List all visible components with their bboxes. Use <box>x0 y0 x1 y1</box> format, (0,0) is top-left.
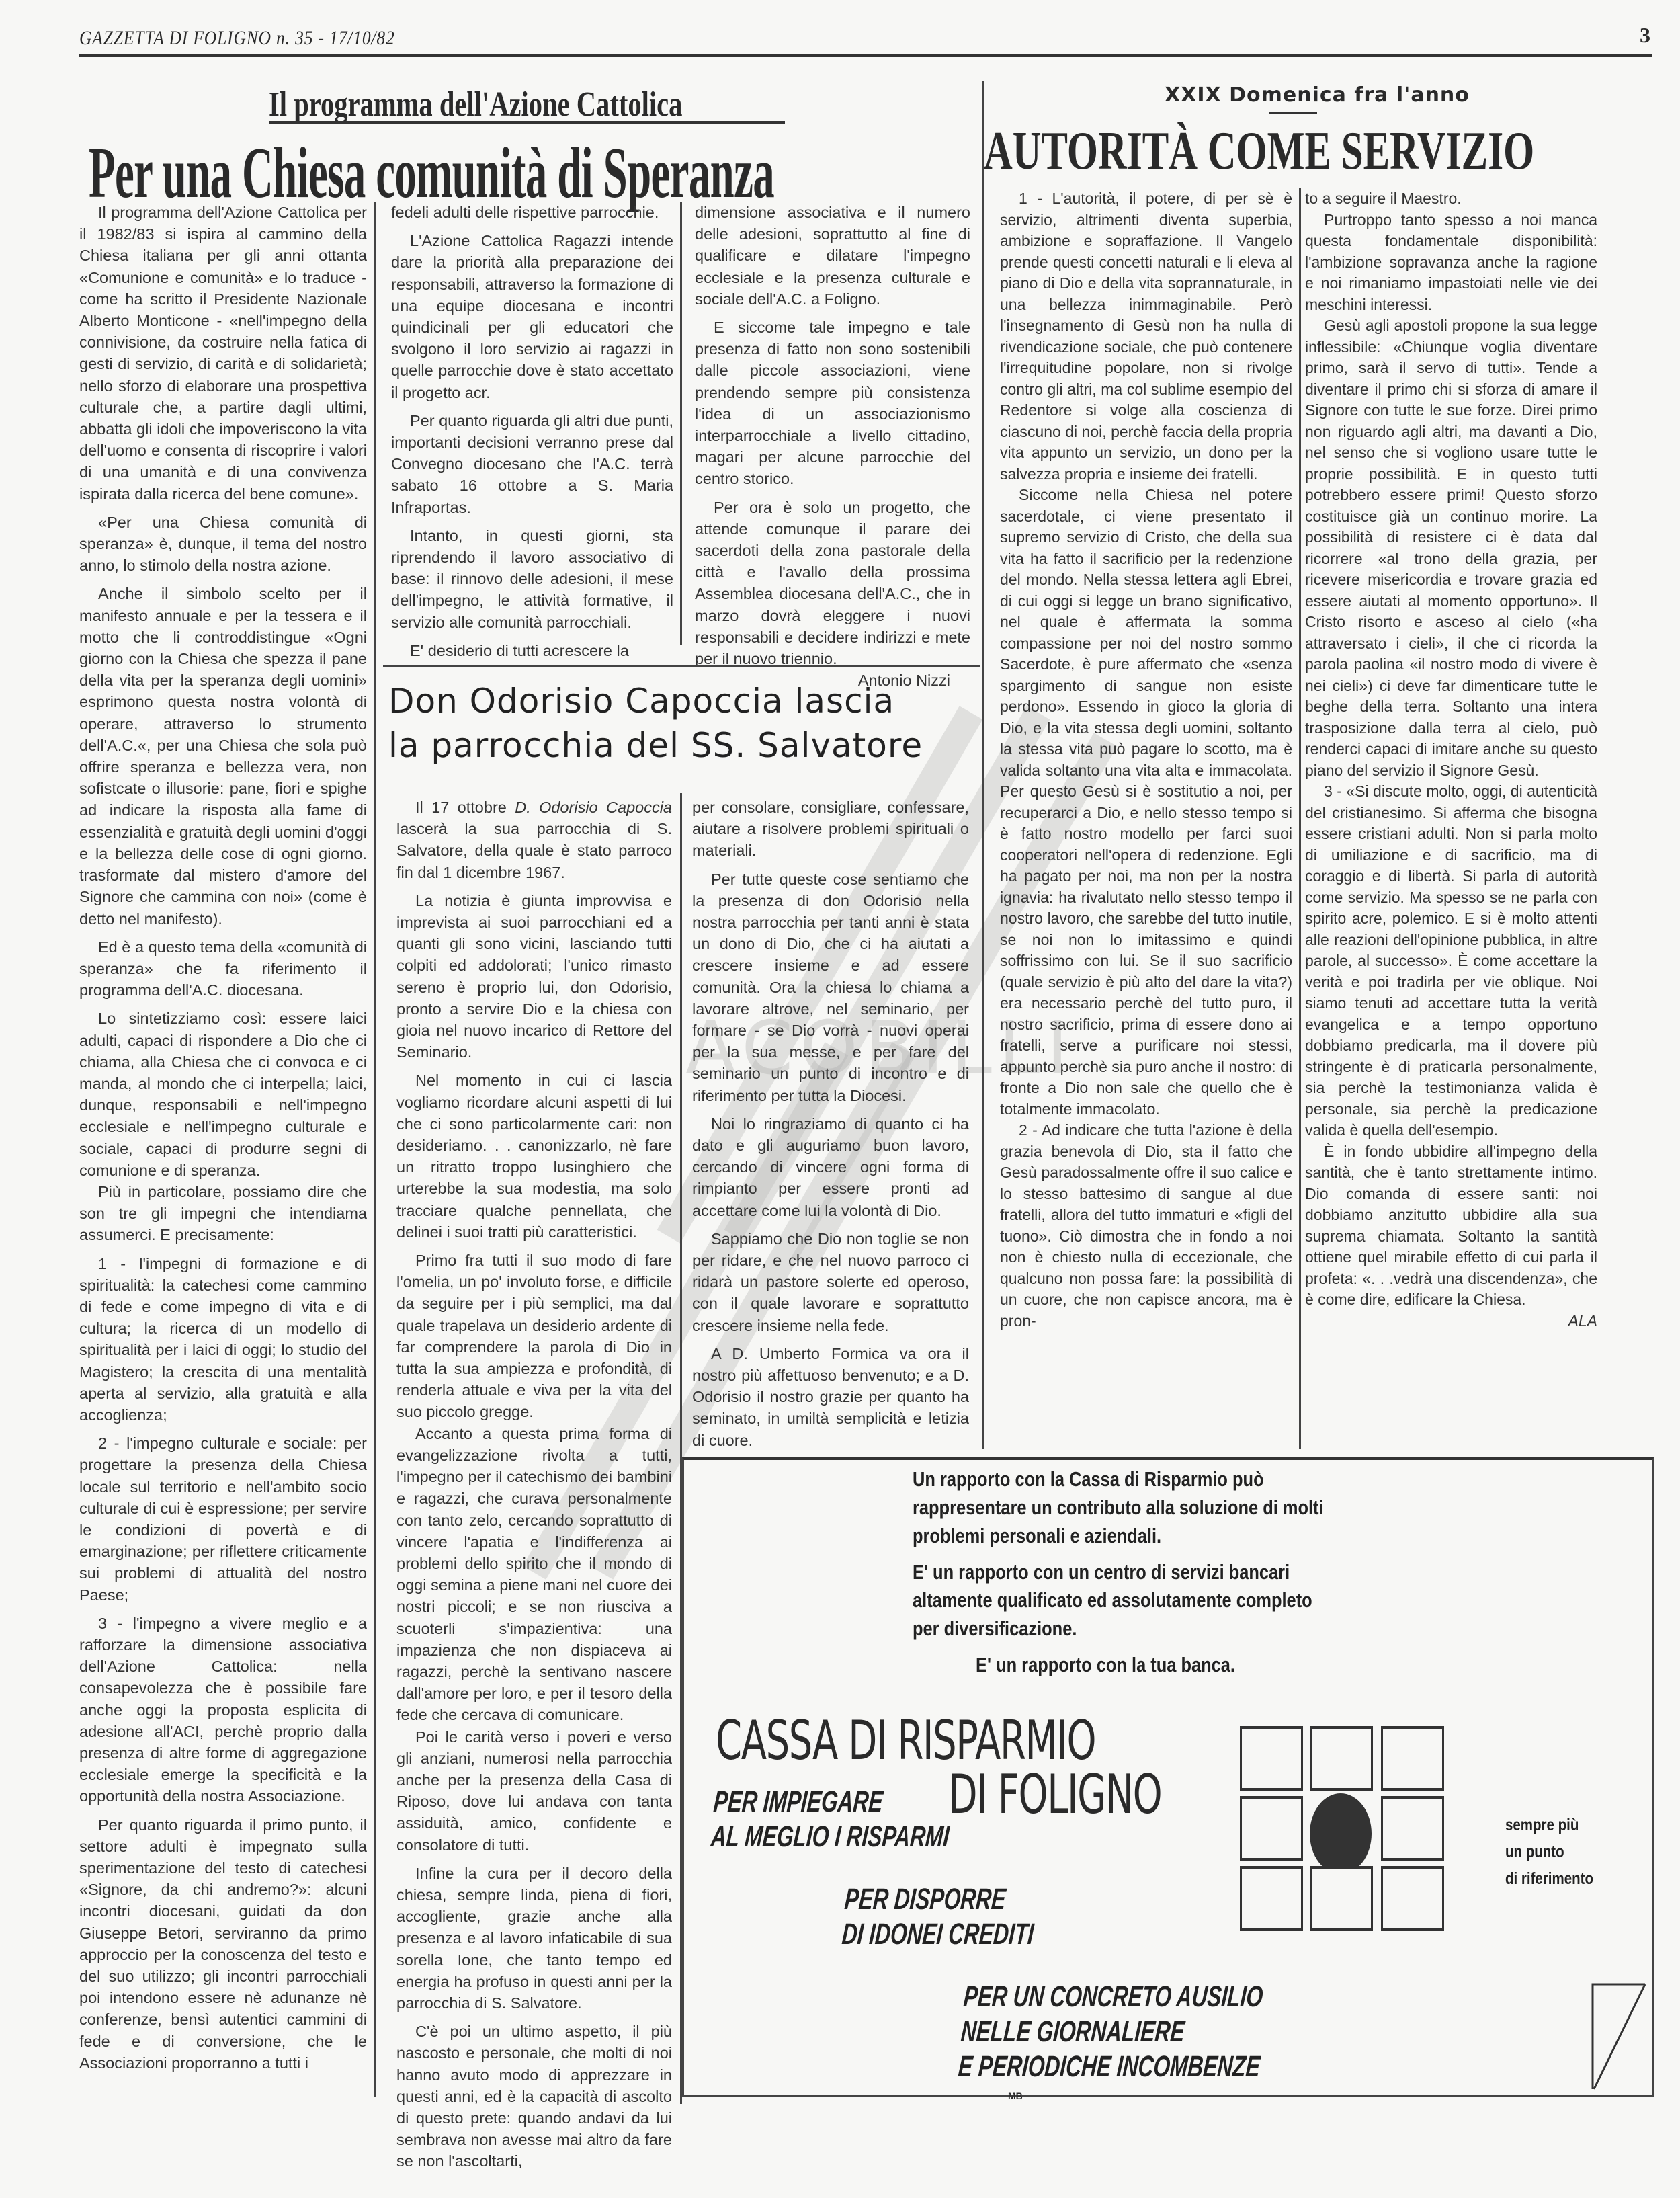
paragraph: Sappiamo che Dio non toglie se non per r… <box>692 1228 969 1336</box>
slogan-line: PER UN CONCRETO AUSILIO <box>962 1980 1267 2014</box>
page-number: 3 <box>1640 23 1650 48</box>
column-divider <box>1299 188 1301 1449</box>
ad-paragraph: E' un rapporto con la tua banca. <box>913 1651 1298 1679</box>
paragraph: Noi lo ringraziamo di quanto ci ha dato … <box>692 1113 969 1221</box>
bank-logo-icon <box>1240 1726 1441 1928</box>
headline-line: Don Odorisio Capoccia lascia <box>388 679 986 723</box>
autorita-column-1: 1 - L'autorità, il potere, di per sè è s… <box>1000 188 1292 1332</box>
liturgical-rubric: XXIX Domenica fra l'anno <box>981 83 1653 107</box>
paragraph: Poi le carità verso i poveri e verso gli… <box>396 1726 672 1856</box>
paragraph: Per tutte queste cose sentiamo che la pr… <box>692 868 969 1106</box>
paragraph: Ed è a questo tema della «comunità di sp… <box>79 936 367 1002</box>
ac-column-3: dimensione associativa e il numero delle… <box>695 202 970 698</box>
logo-square <box>1310 1866 1373 1931</box>
article-kicker: Il programma dell'Azione Cattolica <box>269 85 682 124</box>
masthead-rule <box>79 54 1652 57</box>
paragraph: C'è poi un ultimo aspetto, il più nascos… <box>396 2021 672 2172</box>
paragraph: Anche il simbolo scelto per il manifesto… <box>79 583 367 929</box>
publication-masthead: GAZZETTA DI FOLIGNO n. 35 - 17/10/82 <box>79 27 395 50</box>
paragraph: 3 - «Si discute molto, oggi, di autentic… <box>1305 781 1597 1141</box>
lead-paragraph: Il 17 ottobre D. Odorisio Capoccia lasce… <box>396 797 672 883</box>
tagline-line: un punto <box>1505 1838 1593 1865</box>
paragraph: Lo sintetizziamo così: essere laici adul… <box>79 1008 367 1181</box>
tagline-line: sempre più <box>1505 1812 1593 1838</box>
slogan-line: PER DISPORRE <box>843 1882 1038 1917</box>
slogan-line: E PERIODICHE INCOMBENZE <box>957 2049 1261 2084</box>
ac-column-2: fedeli adulti delle rispettive parrocchi… <box>391 202 673 668</box>
logo-square <box>1310 1726 1373 1791</box>
lead-text: lascerà la sua parrocchia di S. Salvator… <box>396 820 672 881</box>
paragraph: Purtroppo tanto spesso a noi manca quest… <box>1305 210 1597 316</box>
paragraph: Primo fra tutti il suo modo di fare l'om… <box>396 1250 672 1423</box>
slogan-line: DI IDONEI CREDITI <box>841 1917 1035 1952</box>
paragraph: Accanto a questa prima forma di evangeli… <box>396 1423 672 1726</box>
ad-tagline: sempre più un punto di riferimento <box>1505 1812 1593 1892</box>
paragraph: 3 - l'impegno a vivere meglio e a raffor… <box>79 1613 367 1807</box>
paragraph: La notizia è giunta improvvisa e imprevi… <box>396 890 672 1063</box>
paragraph: 1 - l'impegni di formazione e di spiritu… <box>79 1253 367 1426</box>
section-rule <box>383 665 980 667</box>
paragraph: Per quanto riguarda gli altri due punti,… <box>391 410 673 518</box>
ad-slogan-credit: PER DISPORRE DI IDONEI CREDITI <box>841 1882 1038 1952</box>
paragraph: Gesù agli apostoli propone la sua legge … <box>1305 315 1597 781</box>
paragraph: Nel momento in cui ci lascia vogliamo ri… <box>396 1069 672 1243</box>
paragraph: Più in particolare, possiamo dire che so… <box>79 1181 367 1246</box>
paragraph: 2 - l'impegno culturale e sociale: per p… <box>79 1432 367 1606</box>
ad-paragraph: E' un rapporto con un centro di servizi … <box>913 1558 1343 1643</box>
logo-square <box>1240 1726 1303 1791</box>
capoccia-column-1: Il 17 ottobre D. Odorisio Capoccia lasce… <box>396 797 672 2179</box>
logo-dot <box>1310 1793 1372 1874</box>
ad-slogan-savings: PER IMPIEGARE AL MEGLIO I RISPARMI <box>710 1785 953 1855</box>
logo-square <box>1381 1726 1444 1791</box>
column-divider <box>680 202 682 645</box>
autorita-headline: AUTORITÀ COME SERVIZIO <box>984 121 1534 182</box>
paragraph: Siccome nella Chiesa nel potere sacerdot… <box>1000 485 1292 1120</box>
autorita-column-2: to a seguire il Maestro. Purtroppo tanto… <box>1305 188 1597 1338</box>
paragraph: L'Azione Cattolica Ragazzi intende dare … <box>391 230 673 403</box>
paragraph: to a seguire il Maestro. <box>1305 188 1597 210</box>
paragraph: Infine la cura per il decoro della chies… <box>396 1863 672 2014</box>
capoccia-headline: Don Odorisio Capoccia lascia la parrocch… <box>388 679 986 768</box>
paragraph: dimensione associativa e il numero delle… <box>695 202 970 310</box>
paragraph: Intanto, in questi giorni, sta riprenden… <box>391 525 673 633</box>
paragraph: «Per una Chiesa comunità di speranza» è,… <box>79 512 367 577</box>
column-divider <box>374 202 376 2097</box>
paragraph: 1 - L'autorità, il potere, di per sè è s… <box>1000 188 1292 485</box>
capoccia-column-2: per consolare, consigliare, confessare, … <box>692 797 969 1458</box>
author-byline: ALA <box>1305 1311 1597 1332</box>
logo-square <box>1240 1796 1303 1861</box>
logo-square <box>1240 1866 1303 1931</box>
ad-intro-text: Un rapporto con la Cassa di Risparmio pu… <box>913 1465 1265 1687</box>
paragraph: A D. Umberto Formica va ora il nostro pi… <box>692 1343 969 1451</box>
paragraph: Il programma dell'Azione Cattolica per i… <box>79 202 367 505</box>
tagline-line: di riferimento <box>1505 1865 1593 1892</box>
logo-square <box>1381 1796 1444 1861</box>
ad-slogan-support: PER UN CONCRETO AUSILIO NELLE GIORNALIER… <box>957 1980 1267 2084</box>
logo-square <box>1381 1866 1444 1931</box>
paragraph: E siccome tale impegno e tale presenza d… <box>695 317 970 490</box>
kicker-underline <box>269 121 785 124</box>
paragraph: Per ora è solo un progetto, che attende … <box>695 497 970 670</box>
paragraph: È in fondo ubbidire all'impegno della sa… <box>1305 1141 1597 1311</box>
slogan-line: PER IMPIEGARE <box>712 1785 953 1820</box>
paragraph: Per quanto riguarda il primo punto, il s… <box>79 1814 367 2074</box>
ac-column-1: Il programma dell'Azione Cattolica per i… <box>79 202 367 2080</box>
slogan-line: NELLE GIORNALIERE <box>960 2014 1264 2049</box>
column-divider <box>982 81 984 1449</box>
headline-line: la parrocchia del SS. Salvatore <box>388 723 986 768</box>
paragraph: fedeli adulti delle rispettive parrocchi… <box>391 202 673 223</box>
ad-paragraph: Un rapporto con la Cassa di Risparmio pu… <box>913 1465 1343 1550</box>
person-name: D. Odorisio Capoccia <box>515 799 672 816</box>
paragraph: 2 - Ad indicare che tutta l'azione è del… <box>1000 1120 1292 1332</box>
rubric-rule <box>1269 112 1317 114</box>
paragraph: per consolare, consigliare, confessare, … <box>692 797 969 862</box>
designer-mark: MB <box>1008 2090 1023 2101</box>
page-fold-icon <box>1552 1983 1646 2090</box>
slogan-line: AL MEGLIO I RISPARMI <box>710 1820 950 1855</box>
paragraph: E' desiderio di tutti acrescere la <box>391 640 673 661</box>
lead-text: Il 17 ottobre <box>415 799 515 816</box>
